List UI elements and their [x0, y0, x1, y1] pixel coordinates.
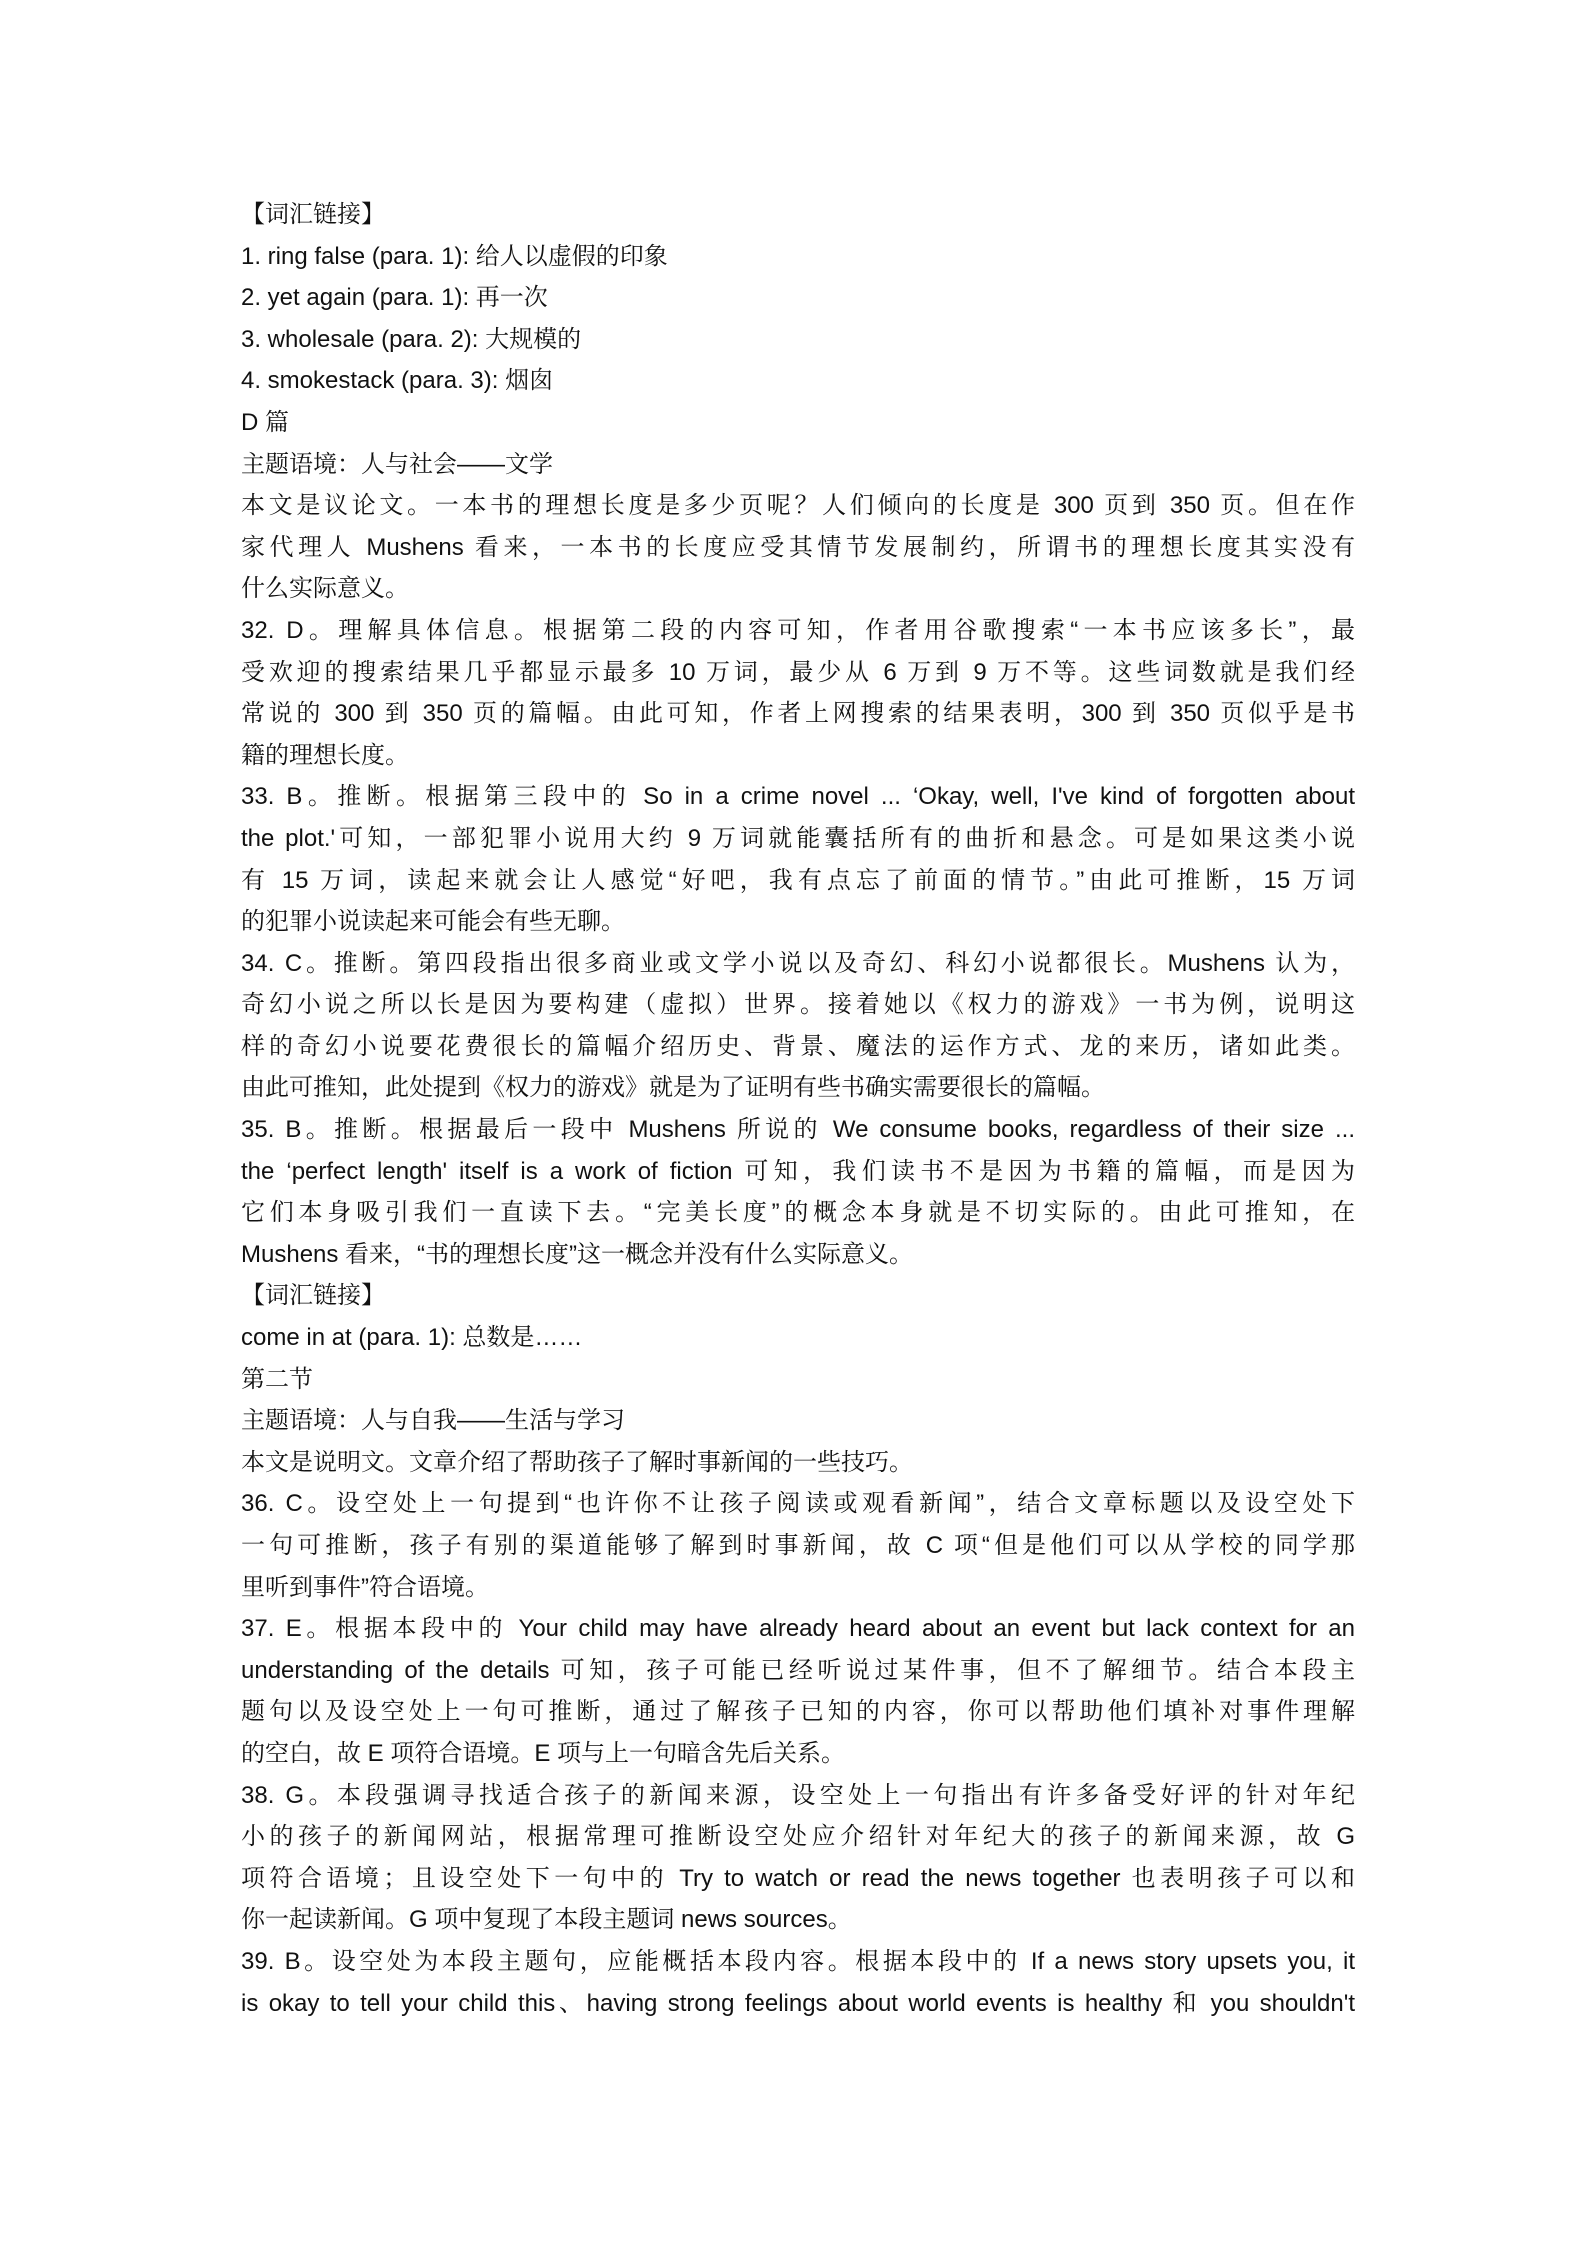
text-line: 里听到事件”符合语境。 [241, 1567, 1355, 1609]
text-line: 37. E。根据本段中的 Your child may have already… [241, 1608, 1355, 1650]
text-line: 家代理人 Mushens 看来，一本书的长度应受其情节发展制约，所谓书的理想长度… [241, 527, 1355, 569]
answer-34: 34. C。推断。第四段指出很多商业或文学小说以及奇幻、科幻小说都很长。Mush… [241, 943, 1355, 1109]
text-line: Mushens 看来，“书的理想长度”这一概念并没有什么实际意义。 [241, 1234, 1355, 1276]
section-summary: 本文是说明文。文章介绍了帮助孩子了解时事新闻的一些技巧。 [241, 1442, 1355, 1484]
text-line: 33. B。推断。根据第三段中的 So in a crime novel ...… [241, 776, 1355, 818]
text-line: is okay to tell your child this、having s… [241, 1983, 1355, 2025]
vocab-heading: 【词汇链接】 [241, 1275, 1355, 1317]
text-line: 本文是议论文。一本书的理想长度是多少页呢？人们倾向的长度是 300 页到 350… [241, 485, 1355, 527]
text-line: 36. C。设空处上一句提到“也许你不让孩子阅读或观看新闻”，结合文章标题以及设… [241, 1483, 1355, 1525]
text-line: 有 15 万词，读起来就会让人感觉“好吧，我有点忘了前面的情节。”由此可推断，1… [241, 860, 1355, 902]
answer-35: 35. B。推断。根据最后一段中 Mushens 所说的 We consume … [241, 1109, 1355, 1275]
text-line: 什么实际意义。 [241, 568, 1355, 610]
vocab-heading: 【词汇链接】 [241, 194, 1355, 236]
text-line: 35. B。推断。根据最后一段中 Mushens 所说的 We consume … [241, 1109, 1355, 1151]
text-line: 34. C。推断。第四段指出很多商业或文学小说以及奇幻、科幻小说都很长。Mush… [241, 943, 1355, 985]
text-line: understanding of the details 可知，孩子可能已经听说… [241, 1650, 1355, 1692]
text-line: 由此可推知，此处提到《权力的游戏》就是为了证明有些书确实需要很长的篇幅。 [241, 1067, 1355, 1109]
text-line: 38. G。本段强调寻找适合孩子的新闻来源，设空处上一句指出有许多备受好评的针对… [241, 1775, 1355, 1817]
answer-36: 36. C。设空处上一句提到“也许你不让孩子阅读或观看新闻”，结合文章标题以及设… [241, 1483, 1355, 1608]
text-line: 项符合语境；且设空处下一句中的 Try to watch or read the… [241, 1858, 1355, 1900]
text-line: 它们本身吸引我们一直读下去。“完美长度”的概念本身就是不切实际的。由此可推知，在 [241, 1192, 1355, 1234]
answer-33: 33. B。推断。根据第三段中的 So in a crime novel ...… [241, 776, 1355, 942]
text-line: 32. D。理解具体信息。根据第二段的内容可知，作者用谷歌搜索“一本书应该多长”… [241, 610, 1355, 652]
text-line: 39. B。设空处为本段主题句，应能概括本段内容。根据本段中的 If a new… [241, 1941, 1355, 1983]
text-line: 题句以及设空处上一句可推断，通过了解孩子已知的内容，你可以帮助他们填补对事件理解 [241, 1691, 1355, 1733]
text-line: 的犯罪小说读起来可能会有些无聊。 [241, 901, 1355, 943]
text-line: 籍的理想长度。 [241, 735, 1355, 777]
passage-summary: 本文是议论文。一本书的理想长度是多少页呢？人们倾向的长度是 300 页到 350… [241, 485, 1355, 610]
text-line: 一句可推断，孩子有别的渠道能够了解到时事新闻，故 C 项“但是他们可以从学校的同… [241, 1525, 1355, 1567]
text-line: 奇幻小说之所以长是因为要构建（虚拟）世界。接着她以《权力的游戏》一书为例，说明这 [241, 984, 1355, 1026]
vocab-item: 3. wholesale (para. 2): 大规模的 [241, 319, 1355, 361]
answer-39: 39. B。设空处为本段主题句，应能概括本段内容。根据本段中的 If a new… [241, 1941, 1355, 2024]
section-theme: 主题语境：人与自我——生活与学习 [241, 1400, 1355, 1442]
passage-title: D 篇 [241, 402, 1355, 444]
vocab-item: come in at (para. 1): 总数是…… [241, 1317, 1355, 1359]
answer-32: 32. D。理解具体信息。根据第二段的内容可知，作者用谷歌搜索“一本书应该多长”… [241, 610, 1355, 776]
text-line: 的空白，故 E 项符合语境。E 项与上一句暗含先后关系。 [241, 1733, 1355, 1775]
text-line: 样的奇幻小说要花费很长的篇幅介绍历史、背景、魔法的运作方式、龙的来历，诸如此类。 [241, 1026, 1355, 1068]
text-line: the ‘perfect length' itself is a work of… [241, 1151, 1355, 1193]
vocab-item: 2. yet again (para. 1): 再一次 [241, 277, 1355, 319]
text-line: 小的孩子的新闻网站，根据常理可推断设空处应介绍针对年纪大的孩子的新闻来源，故 G [241, 1816, 1355, 1858]
vocab-item: 1. ring false (para. 1): 给人以虚假的印象 [241, 236, 1355, 278]
section-title: 第二节 [241, 1359, 1355, 1401]
vocab-item: 4. smokestack (para. 3): 烟囱 [241, 360, 1355, 402]
text-line: 常说的 300 到 350 页的篇幅。由此可知，作者上网搜索的结果表明，300 … [241, 693, 1355, 735]
document-page: 【词汇链接】 1. ring false (para. 1): 给人以虚假的印象… [241, 194, 1355, 2024]
text-line: 你一起读新闻。G 项中复现了本段主题词 news sources。 [241, 1899, 1355, 1941]
answer-37: 37. E。根据本段中的 Your child may have already… [241, 1608, 1355, 1774]
text-line: 受欢迎的搜索结果几乎都显示最多 10 万词，最少从 6 万到 9 万不等。这些词… [241, 652, 1355, 694]
answer-38: 38. G。本段强调寻找适合孩子的新闻来源，设空处上一句指出有许多备受好评的针对… [241, 1775, 1355, 1941]
passage-theme: 主题语境：人与社会——文学 [241, 444, 1355, 486]
text-line: the plot.'可知，一部犯罪小说用大约 9 万词就能囊括所有的曲折和悬念。… [241, 818, 1355, 860]
